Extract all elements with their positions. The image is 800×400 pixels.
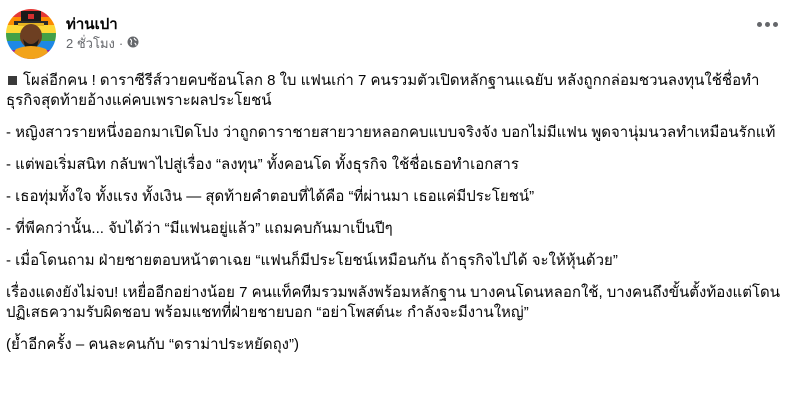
- headline-text: โผล่อีกคน ! ดาราซีรีส์วายคบซ้อนโลก 8 ใบ …: [6, 72, 759, 109]
- globe-icon: [127, 35, 139, 53]
- post-paragraph: (ย้ำอีกครั้ง – คนละคนกับ “ดราม่าประหยัดถ…: [6, 335, 786, 355]
- dot-icon: [773, 22, 778, 27]
- author-avatar[interactable]: [6, 9, 56, 59]
- dot-icon: [765, 22, 770, 27]
- square-bullet-icon: [8, 76, 17, 85]
- author-name[interactable]: ท่านเปา: [66, 15, 139, 35]
- separator: ·: [119, 35, 123, 53]
- post-header: ท่านเปา 2 ชั่วโมง ·: [6, 8, 139, 60]
- post-paragraph: - หญิงสาวรายหนึ่งออกมาเปิดโปง ว่าถูกดารา…: [6, 123, 786, 143]
- post-paragraph: - แต่พอเริ่มสนิท กลับพาไปสู่เรื่อง “ลงทุ…: [6, 155, 786, 175]
- post-paragraph: - เมื่อโดนถาม ฝ่ายชายตอบหน้าตาเฉย “แฟนก็…: [6, 251, 786, 271]
- post-timestamp[interactable]: 2 ชั่วโมง: [66, 35, 115, 53]
- post-paragraph: - เธอทุ่มทั้งใจ ทั้งแรง ทั้งเงิน — สุดท้…: [6, 187, 786, 207]
- post-body: โผล่อีกคน ! ดาราซีรีส์วายคบซ้อนโลก 8 ใบ …: [6, 71, 786, 367]
- more-options-button[interactable]: [757, 22, 778, 27]
- avatar-image: [6, 9, 56, 59]
- post-paragraph: เรื่องแดงยังไม่จบ! เหยื่ออีกอย่างน้อย 7 …: [6, 283, 786, 323]
- post-headline: โผล่อีกคน ! ดาราซีรีส์วายคบซ้อนโลก 8 ใบ …: [6, 71, 786, 111]
- post-paragraph: - ที่พีคกว่านั้น... จับได้ว่า “มีแฟนอยู่…: [6, 219, 786, 239]
- dot-icon: [757, 22, 762, 27]
